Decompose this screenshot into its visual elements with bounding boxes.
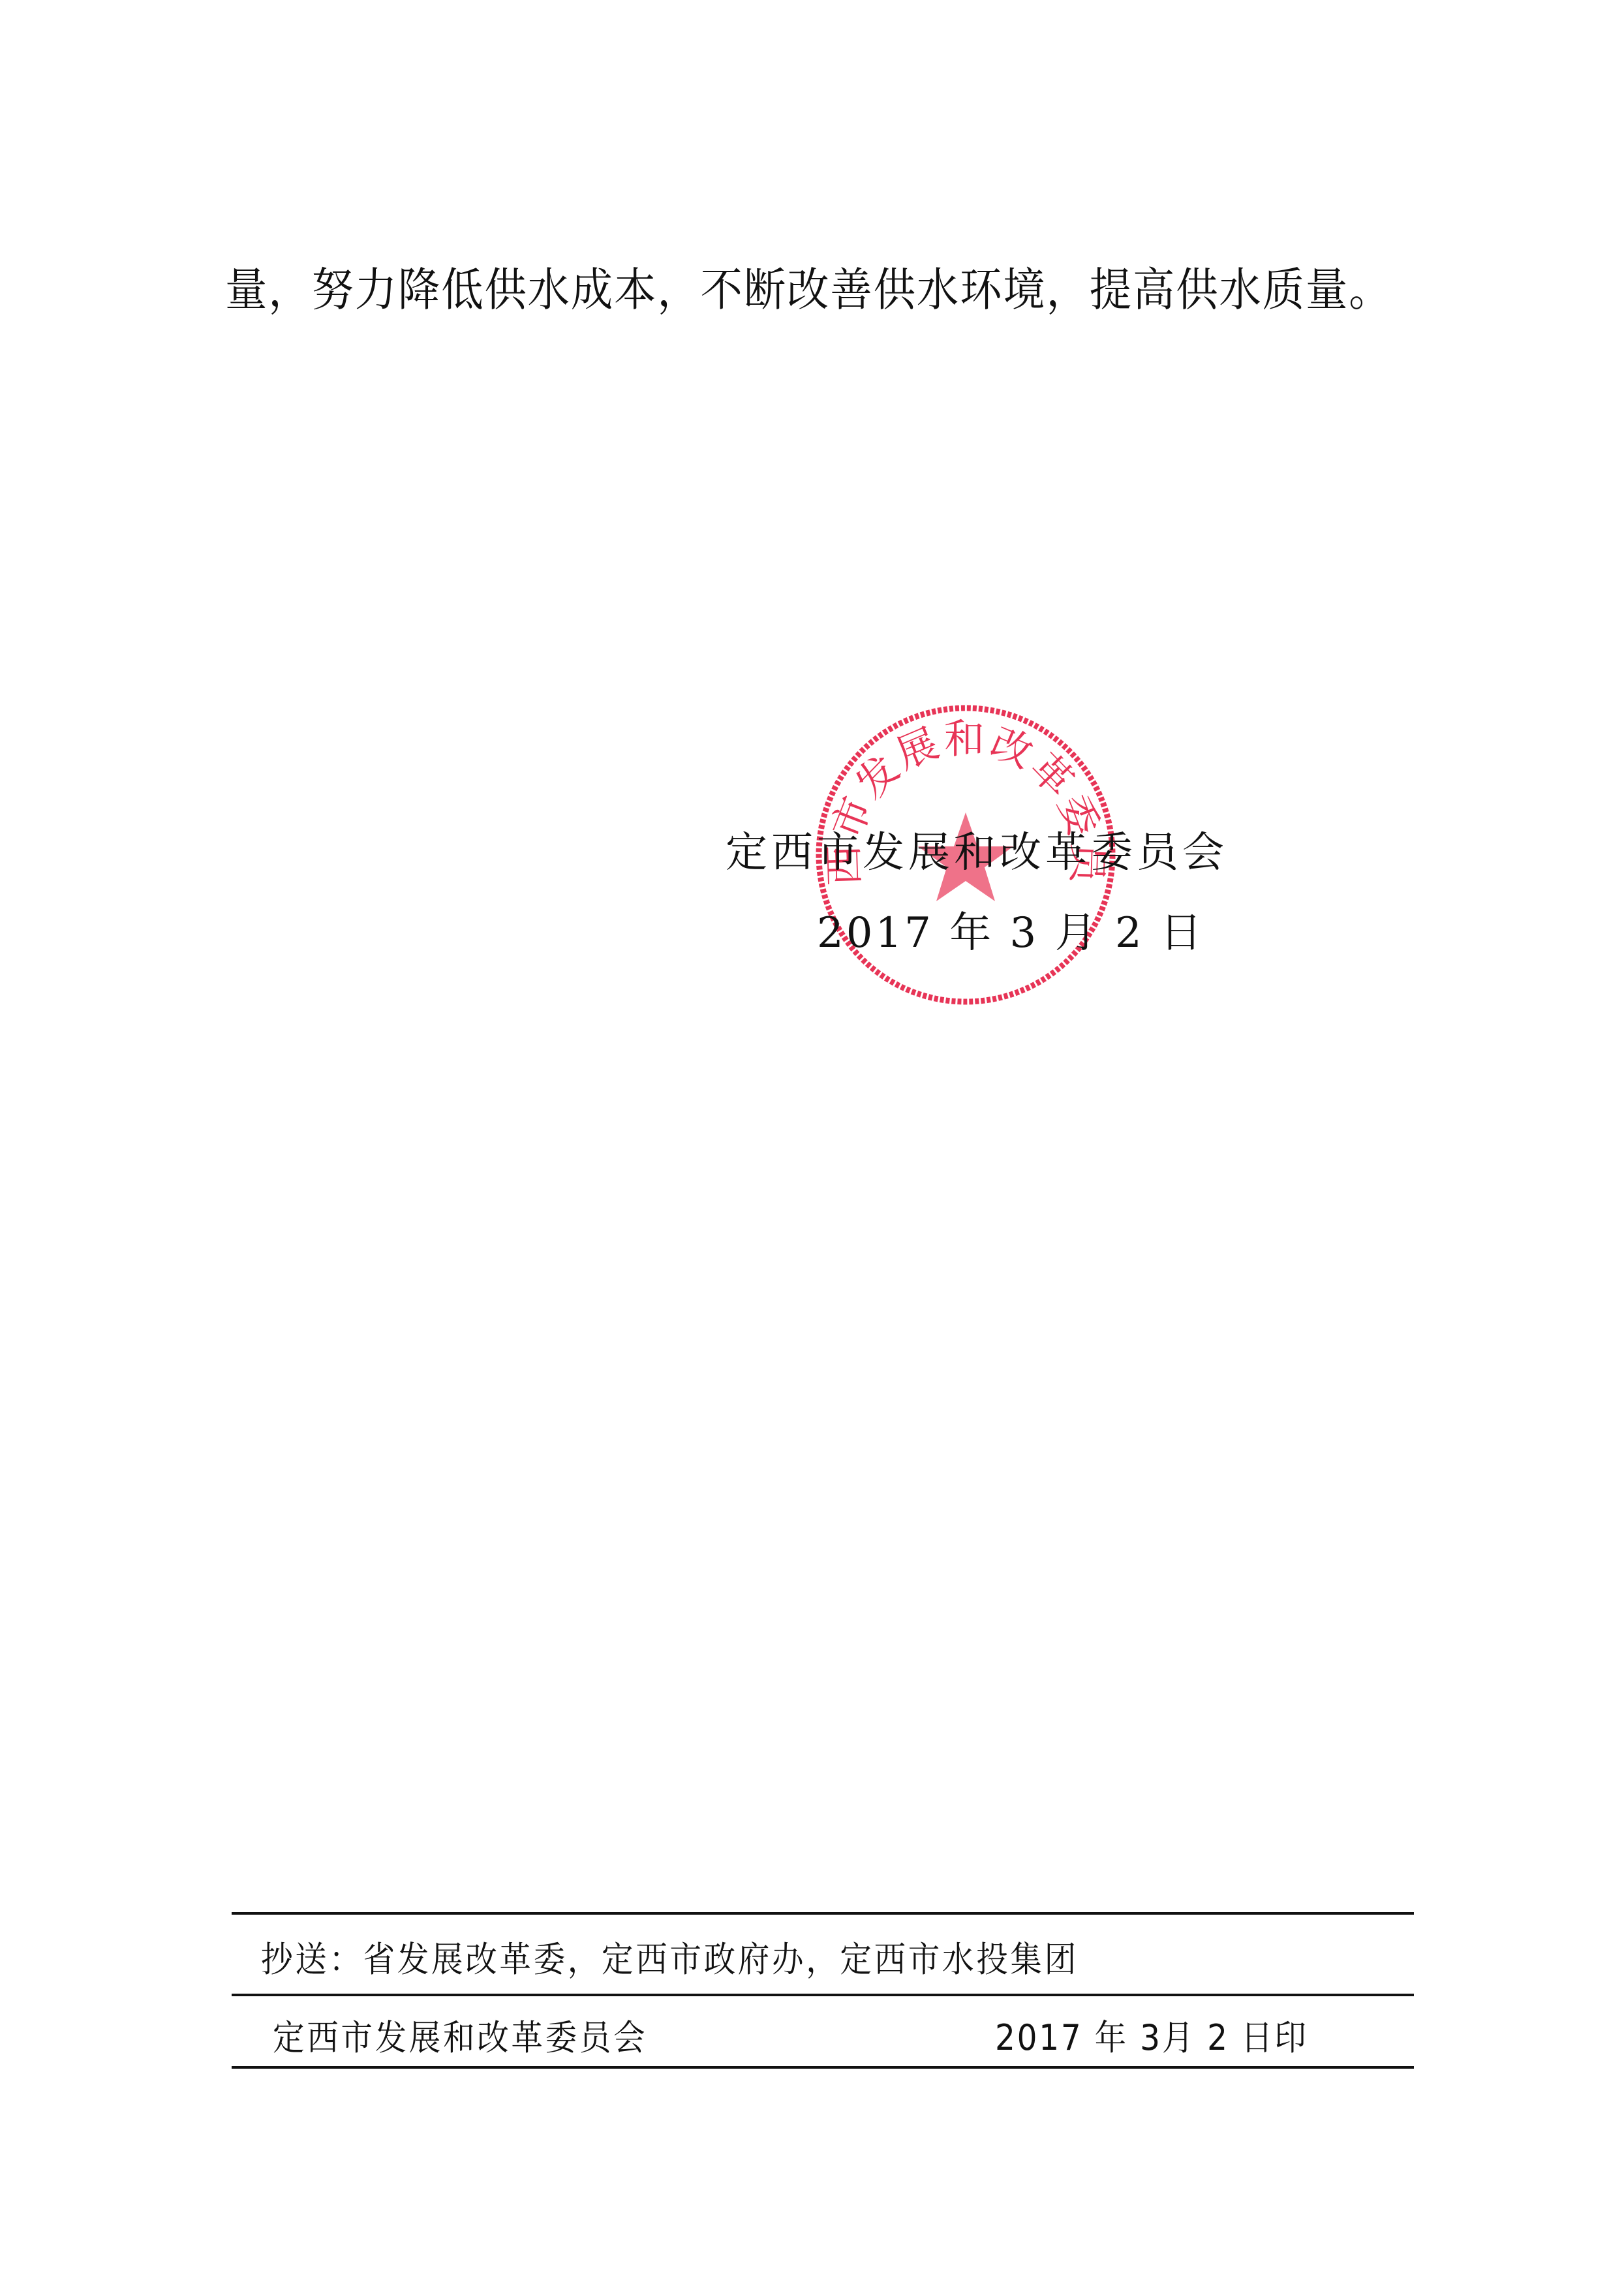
body-text-line: 量，努力降低供水成本，不断改善供水环境，提高供水质量。 — [225, 253, 1392, 319]
print-date: 2017 年 3月 2 日印 — [995, 2010, 1308, 2060]
cc-label: 抄送： — [261, 1939, 363, 1980]
signature-organization: 定西市发展和改革委员会 — [726, 819, 1228, 879]
cc-line: 抄送：省发展改革委，定西市政府办，定西市水投集团 — [261, 1932, 1079, 1982]
footer-rule-middle — [232, 1994, 1414, 1996]
signature-date: 2017 年 3 月 2 日 — [817, 899, 1204, 959]
cc-recipients: 省发展改革委，定西市政府办，定西市水投集团 — [363, 1939, 1079, 1980]
issuer: 定西市发展和改革委员会 — [273, 2010, 647, 2060]
footer-rule-top — [232, 1912, 1414, 1915]
footer-rule-bottom — [232, 2066, 1414, 2069]
